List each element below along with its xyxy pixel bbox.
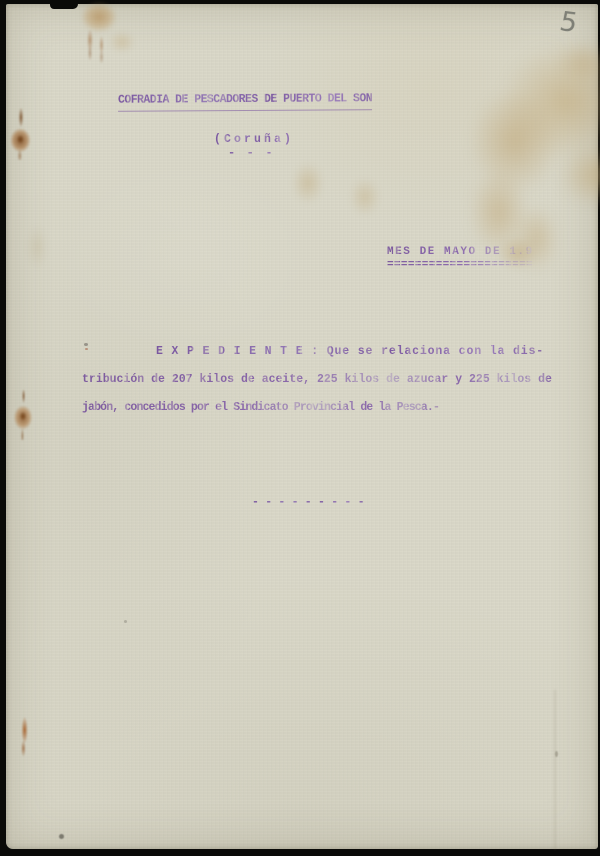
body-line: E X P E D I E N T E : Que se relaciona c…: [156, 345, 544, 359]
date-underline: =====================: [387, 258, 533, 272]
ink-speck: [84, 343, 88, 346]
separator-dashes: - - - - - - - - -: [252, 496, 364, 510]
document-title: COFRADIA DE PESCADORES DE PUERTO DEL SON: [118, 92, 372, 112]
ink-speck: [59, 834, 64, 839]
paper-sheet: [6, 4, 598, 849]
ink-speck: [85, 348, 88, 350]
ink-speck: [124, 620, 127, 623]
document-scan: 5 COFRADIA DE PESCADORES DE PUERTO DEL S…: [0, 0, 600, 856]
paper-edge-notch: [50, 0, 78, 9]
subtitle-underline-dashes: - - -: [228, 146, 275, 160]
body-line: tribución de 207 kilos de aceite, 225 ki…: [82, 373, 552, 387]
date-line: MES DE MAYO DE 1.9: [387, 245, 534, 259]
document-subtitle: (Coruña): [214, 133, 294, 147]
body-line: jabón, concedidos por el Sindicato Provi…: [82, 401, 439, 415]
ink-speck: [555, 751, 558, 757]
